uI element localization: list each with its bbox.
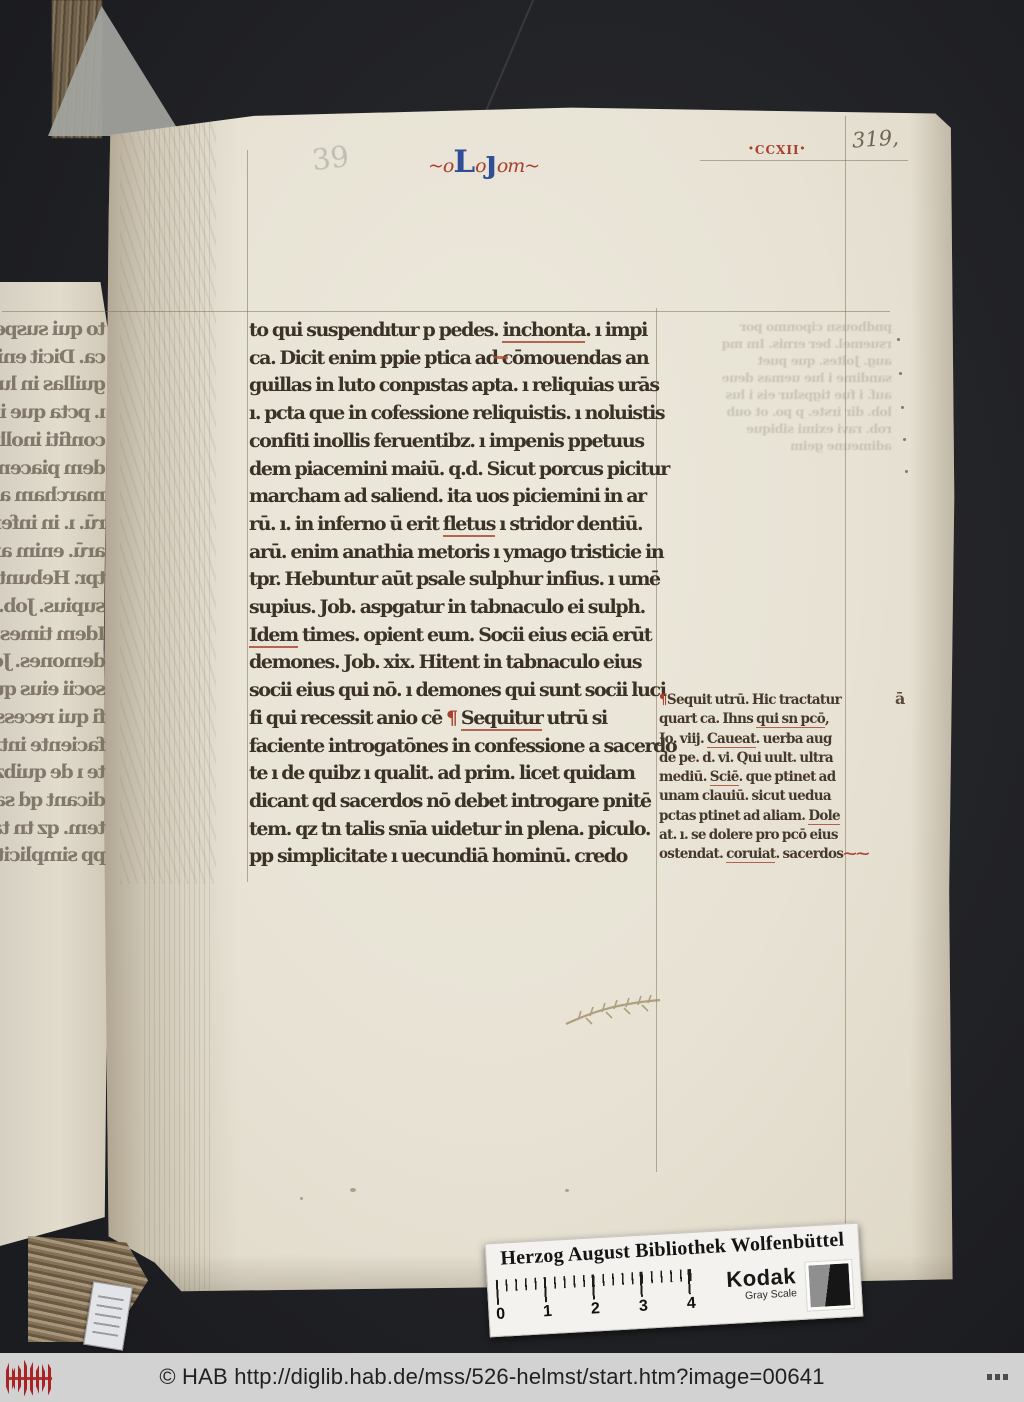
running-title: ~oLoȷom~ — [428, 147, 539, 178]
verso-showthrough-text: pndhousn ciponmo porrsuemel. ber ernis. … — [706, 318, 892, 460]
prick-mark — [899, 372, 902, 375]
prick-mark — [905, 470, 908, 473]
ruling-line-horizontal-header — [700, 160, 908, 161]
leaf-edge-hatching — [120, 104, 216, 884]
main-text-block: to qui suspendıtur p pedes. inchonta. ı … — [249, 317, 663, 871]
gloss-column: ¶Sequit utrū. Hic tractaturquart ca. Ihn… — [659, 691, 857, 865]
kodak-branding: Kodak Gray Scale — [711, 1263, 797, 1304]
gray-black-patch — [805, 1260, 854, 1310]
shelfmark-label — [83, 1281, 133, 1350]
pencil-annotation: 39 — [310, 139, 351, 177]
copyright-url: © HAB http://diglib.hab.de/mss/526-helms… — [0, 1364, 984, 1390]
footer-bar: © HAB http://diglib.hab.de/mss/526-helms… — [0, 1353, 1024, 1402]
folio-number-rubric: ·ccxii· — [748, 139, 806, 159]
ruling-line-horizontal-top — [2, 311, 890, 312]
stain-speck — [350, 1188, 356, 1192]
folio-number-modern: 319, — [851, 125, 899, 152]
margin-note: ā — [895, 689, 905, 708]
gray-scale-card: Herzog August Bibliothek Wolfenbüttel 01… — [485, 1223, 864, 1338]
mirrored-ink-offset: to qui suspendıtur p pedes. inchonta. ı … — [0, 316, 106, 876]
ruling-line-vertical-left — [247, 150, 248, 882]
fore-edge-shadow — [910, 104, 956, 1296]
digitized-manuscript-photo: to qui suspendıtur p pedes. inchonta. ı … — [0, 0, 1024, 1402]
prick-mark — [903, 438, 906, 441]
twig-doodle — [560, 980, 670, 1040]
print-mark-icon — [987, 1374, 1008, 1380]
rubric-tick — [494, 356, 508, 359]
prick-mark — [901, 406, 904, 409]
stain-speck — [565, 1189, 569, 1192]
prick-mark — [897, 338, 900, 341]
stain-speck — [300, 1197, 303, 1200]
